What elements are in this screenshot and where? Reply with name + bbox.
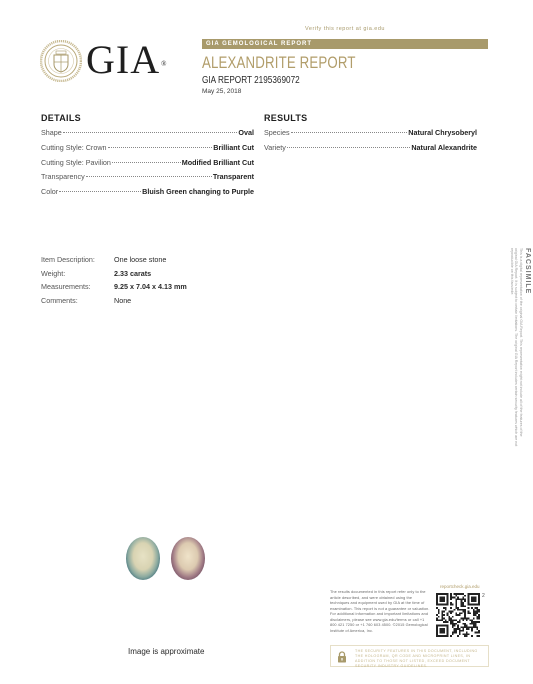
qr-page-number: 2 — [482, 593, 485, 599]
details-row: Cutting Style: PavilionModified Brillian… — [41, 156, 254, 171]
details-row: ColorBluish Green changing to Purple — [41, 185, 254, 200]
details-label: Cutting Style: Pavilion — [41, 156, 111, 171]
details-value: Transparent — [213, 170, 254, 185]
dot-leader — [287, 147, 411, 148]
details-value: Oval — [238, 126, 254, 141]
details-label: Color — [41, 185, 58, 200]
facsimile-text: This is a digital representation of the … — [509, 248, 523, 448]
facsimile-title: FACSIMILE — [524, 248, 531, 448]
item-label: Measurements: — [41, 280, 114, 294]
report-type-label: GIA GEMOLOGICAL REPORT — [206, 40, 312, 48]
item-label: Weight: — [41, 267, 114, 281]
details-value: Bluish Green changing to Purple — [142, 185, 254, 200]
item-label: Comments: — [41, 294, 114, 308]
details-label: Shape — [41, 126, 62, 141]
security-text: THE SECURITY FEATURES IN THIS DOCUMENT, … — [355, 649, 483, 669]
results-label: Species — [264, 126, 290, 141]
details-row: ShapeOval — [41, 126, 254, 141]
dot-leader — [63, 132, 238, 133]
details-label: Transparency — [41, 170, 85, 185]
dot-leader — [59, 191, 141, 192]
image-caption: Image is approximate — [128, 647, 204, 656]
item-value: 2.33 carats — [114, 267, 151, 281]
report-title: ALEXANDRITE REPORT — [202, 53, 356, 73]
details-section: DETAILS ShapeOvalCutting Style: CrownBri… — [41, 113, 254, 200]
gia-wordmark: GIA® — [86, 38, 166, 82]
dot-leader — [86, 176, 212, 177]
details-heading: DETAILS — [41, 113, 254, 123]
details-row: Cutting Style: CrownBrilliant Cut — [41, 141, 254, 156]
results-value: Natural Chrysoberyl — [408, 126, 477, 141]
item-row: Item Description:One loose stone — [41, 253, 187, 267]
details-value: Modified Brilliant Cut — [182, 156, 254, 171]
gem-image-incandescent — [171, 537, 205, 580]
qr-code[interactable] — [436, 593, 480, 637]
results-heading: RESULTS — [264, 113, 477, 123]
dot-leader — [112, 162, 181, 163]
results-row: VarietyNatural Alexandrite — [264, 141, 477, 156]
lock-icon — [337, 650, 347, 662]
report-date: May 25, 2018 — [202, 88, 241, 95]
gia-seal-icon — [40, 40, 82, 82]
disclaimer-text: The results documented in this report re… — [330, 590, 432, 634]
results-row: SpeciesNatural Chrysoberyl — [264, 126, 477, 141]
facsimile-notice: FACSIMILE This is a digital representati… — [497, 248, 531, 448]
reportcheck-link[interactable]: reportcheck.gia.edu — [440, 584, 480, 589]
results-value: Natural Alexandrite — [411, 141, 477, 156]
report-type-band: GIA GEMOLOGICAL REPORT — [202, 39, 488, 49]
item-info: Item Description:One loose stoneWeight:2… — [41, 253, 187, 307]
registered-mark: ® — [161, 60, 167, 68]
report-number: GIA REPORT 2195369072 — [202, 75, 300, 86]
dot-leader — [108, 147, 213, 148]
item-value: None — [114, 294, 131, 308]
dot-leader — [291, 132, 408, 133]
item-row: Comments:None — [41, 294, 187, 308]
item-row: Weight:2.33 carats — [41, 267, 187, 281]
results-label: Variety — [264, 141, 286, 156]
item-value: One loose stone — [114, 253, 166, 267]
item-row: Measurements:9.25 x 7.04 x 4.13 mm — [41, 280, 187, 294]
verify-link[interactable]: Verify this report at gia.edu — [202, 26, 488, 32]
item-value: 9.25 x 7.04 x 4.13 mm — [114, 280, 187, 294]
details-label: Cutting Style: Crown — [41, 141, 107, 156]
results-section: RESULTS SpeciesNatural ChrysoberylVariet… — [264, 113, 477, 156]
item-label: Item Description: — [41, 253, 114, 267]
details-row: TransparencyTransparent — [41, 170, 254, 185]
security-notice: THE SECURITY FEATURES IN THIS DOCUMENT, … — [330, 645, 489, 667]
details-value: Brilliant Cut — [213, 141, 254, 156]
gem-image-daylight — [126, 537, 160, 580]
